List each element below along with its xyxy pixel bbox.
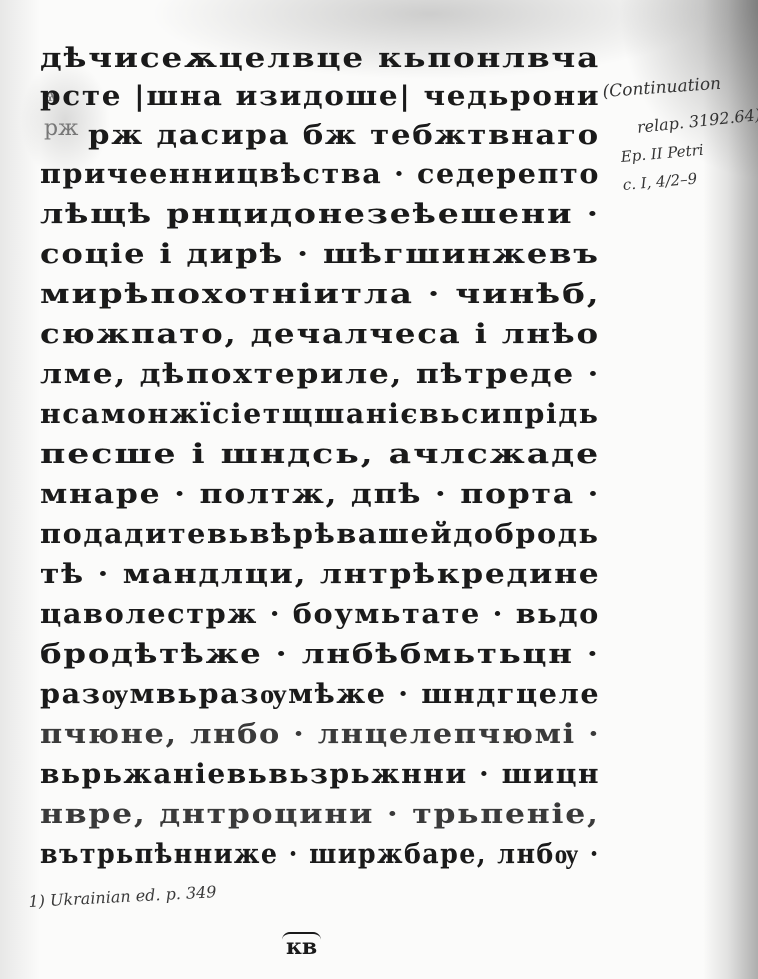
manuscript-line: рж дасира бж тебжтвнаго <box>88 117 600 155</box>
manuscript-line: подадитевьвѣрѣвашейдобродь <box>40 516 600 554</box>
manuscript-line: рсте |шна изидоше| чедьрони <box>40 78 600 116</box>
manuscript-line: пчюне, лнбо · лнцелепчюмі · <box>40 716 600 754</box>
margin-note-continuation: (Continuation <box>602 74 722 102</box>
footnote: 1) Ukrainian ed. p. 349 <box>28 882 217 911</box>
margin-note-chapter: c. I, 4/2–9 <box>622 169 698 193</box>
manuscript-line: лѣщѣ рнцидонезеѣешени · <box>40 196 600 234</box>
manuscript-line: песше і шндсь, ачлсжаде <box>40 436 600 474</box>
manuscript-line: мнаре · полтж, дпѣ · порта · <box>40 476 600 514</box>
manuscript-line: тѣ · мандлци, лнтрѣкредине <box>40 556 600 594</box>
manuscript-line: соціе і дирѣ · шѣгшинжевъ <box>40 236 600 274</box>
manuscript-line: нсамонжїсіетщшанієвьсипрідь <box>40 396 599 434</box>
manuscript-line: разѹмвьразѹмѣже · шндгцеле <box>40 676 600 714</box>
left-margin-mark: рж <box>44 112 78 146</box>
manuscript-line: бродѣтѣже · лнбѣбмьтьцн · <box>40 636 600 674</box>
manuscript-line: дѣчисеѫцелвце кьпонлвча <box>40 40 600 78</box>
scan-edge-left <box>0 0 40 979</box>
manuscript-line: сюжпато, дечалчеса і лнѣо <box>40 316 600 354</box>
manuscript-line: цаволестрж · боумьтате · вьдо <box>40 596 600 634</box>
manuscript-line: мирѣпохотніитла · чинѣб, <box>40 276 601 314</box>
manuscript-line: причеенницвѣства · седерепто <box>40 156 600 194</box>
manuscript-line: вьрьжаніевьвьзрьжнни · шицн <box>40 756 600 794</box>
folio-number: кв <box>282 932 321 960</box>
scan-edge-right <box>703 0 758 979</box>
margin-note-epistle: Ep. II Petri <box>620 141 704 166</box>
margin-note-reference: relap. 3192.64) <box>636 105 758 137</box>
manuscript-line: нвре, днтроцини · трьпеніе, <box>40 796 600 834</box>
manuscript-page: ѧ рж дѣчисеѫцелвце кьпонлвча рсте |шна и… <box>0 0 758 979</box>
manuscript-line: лме, дѣпохтериле, пѣтреде · <box>40 356 600 394</box>
manuscript-line: вътрьпѣнниже · ширжбаре, лнбѹ · <box>40 836 600 874</box>
